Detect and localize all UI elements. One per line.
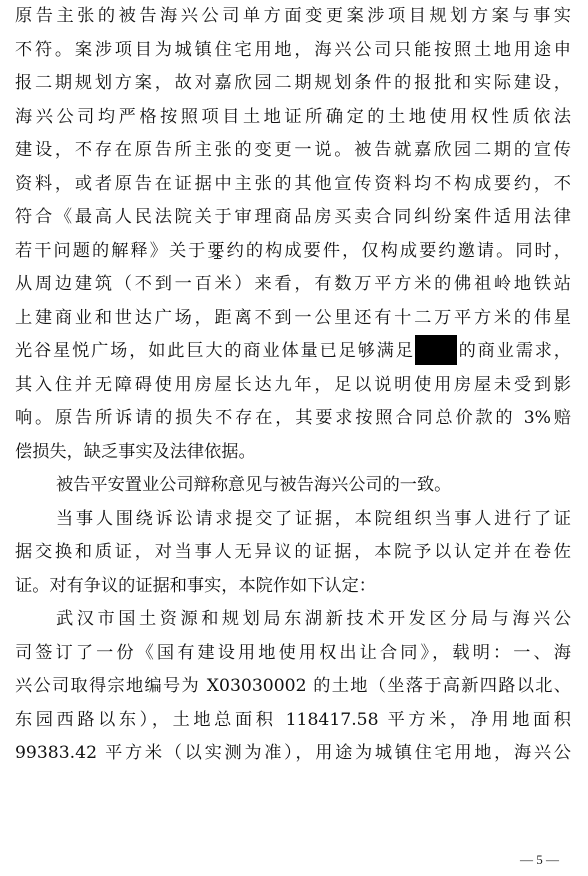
text-line: 海兴公司均严格按照项目土地证所确定的土地使用权性质依法 [15,101,571,135]
text-line: 据交换和质证，对当事人无异议的证据，本院予以认定并在卷佐 [15,536,571,570]
text-line: 不符。案涉项目为城镇住宅用地，海兴公司只能按照土地用途申 [15,34,571,68]
paragraph-line: 当事人围绕诉讼请求提交了证据，本院组织当事人进行了证 [56,503,571,537]
text-line: 资料，或者原告在证据中主张的其他宣传资料均不构成要约，不 [15,168,571,202]
text-line: 报二期规划方案，故对嘉欣园二期规划条件的报批和实际建设， [15,67,571,101]
text-line: 建设，不存在原告所主张的变更一说。被告就嘉欣园二期的宣传 [15,134,571,168]
paragraph-line: 武汉市国土资源和规划局东湖新技术开发区分局与海兴公 [56,603,571,637]
page-number: — 5 — [520,852,559,868]
paragraph-line: 被告平安置业公司辩称意见与被告海兴公司的一致。 [56,469,571,503]
text-line: 原告主张的被告海兴公司单方面变更案涉项目规划方案与事实 [15,0,571,34]
text-line: 响。原告所诉请的损失不存在，其要求按照合同总价款的 3%赔 [15,402,571,436]
text-line: 从周边建筑（不到一百米）来看，有数万平方米的佛祖岭地铁站 [15,268,571,302]
text-line: 上建商业和世达广场，距离不到一公里还有十二万平方米的伟星 [15,302,571,336]
redacted-block [415,335,457,365]
text-line: 其入住并无障碍使用房屋长达九年，足以说明使用房屋未受到影 [15,369,571,403]
text-line: 偿损失，缺乏事实及法律依据。 [15,436,571,470]
text-line: 兴公司取得宗地编号为 X03030002 的土地（坐落于高新四路以北、 [15,670,571,704]
text-segment: 光谷星悦广场，如此巨大的商业体量已足够满足 [15,341,415,361]
text-segment: 的商业需求， [457,341,571,361]
text-line: 符合《最高人民法院关于审理商品房买卖合同纠纷案件适用法律 [15,201,571,235]
text-line: 99383.42 平方米（以实测为准），用途为城镇住宅用地，海兴公 [15,737,571,771]
text-line: 若干问题的解释》关于要约的构成要件，仅构成要约邀请。同时， [15,235,571,269]
text-cursor-icon [214,245,221,259]
text-line-with-redaction: 光谷星悦广场，如此巨大的商业体量已足够满足的商业需求， [15,335,571,369]
text-line: 司签订了一份《国有建设用地使用权出让合同》，载明：一、海 [15,637,571,671]
text-line: 东园西路以东），土地总面积 118417.58 平方米，净用地面积 [15,704,571,738]
text-line: 证。对有争议的证据和事实，本院作如下认定： [15,570,571,604]
